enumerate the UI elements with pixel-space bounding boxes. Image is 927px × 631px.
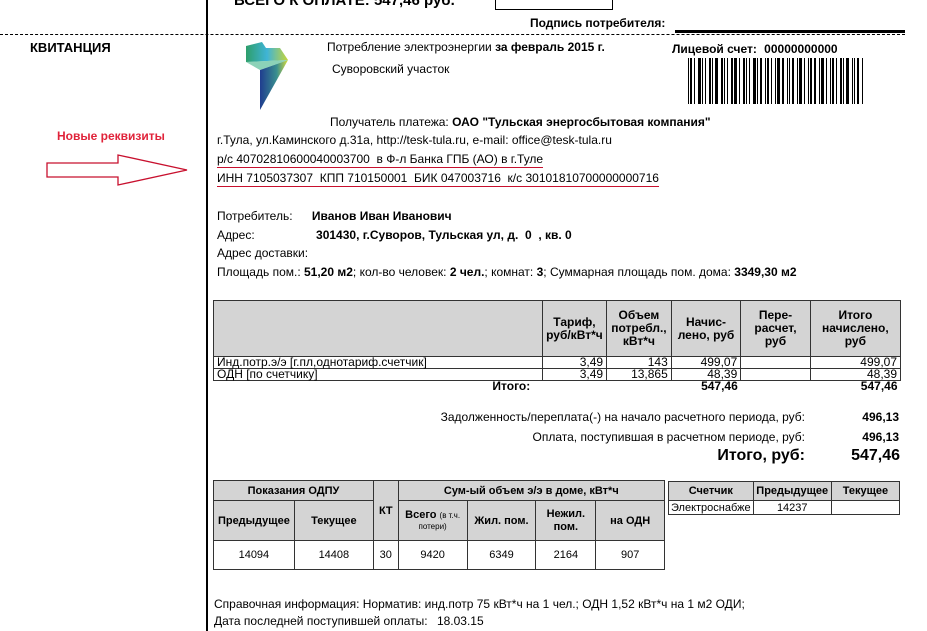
col-charged: Начис-лено, руб (671, 301, 740, 357)
signature-label: Подпись потребителя: (530, 16, 665, 30)
area-row: Площадь пом.: 51,20 м2; кол-во человек: … (217, 265, 797, 279)
recalc-cell (741, 369, 810, 381)
total-due-text: ВСЕГО К ОПЛАТЕ: 547,46 руб. (234, 0, 455, 9)
meter-curr-header: Текущее (831, 482, 899, 501)
account-number-row: Лицевой счет: 00000000000 (672, 42, 838, 56)
last-payment-label: Дата последней поступившей оплаты: (214, 614, 428, 628)
barcode (688, 58, 898, 104)
meter-row: Электроснабже 14237 (669, 501, 900, 515)
tesk-logo-icon (240, 40, 290, 112)
odpu-group-header: Показания ОДПУ (214, 481, 374, 501)
recipient-ids: ИНН 7105037307 КПП 710150001 БИК 0470037… (217, 171, 659, 185)
consumption-period: Потребление электроэнергии за февраль 20… (327, 40, 605, 54)
meter-prev: 14237 (753, 501, 831, 515)
total-row: Итого: 547,46 547,46 (214, 381, 901, 393)
area-value: 51,20 м2 (304, 265, 353, 279)
odpu-table: Показания ОДПУ КТ Сум-ый объем э/э в дом… (213, 480, 665, 570)
odpu-curr-header: Текущее (294, 501, 373, 541)
nonresidential-header: Нежил. пом. (536, 501, 596, 541)
period: за февраль 2015 г. (495, 40, 605, 54)
col-tariff: Тариф, руб/кВт*ч (542, 301, 606, 357)
receipt-label: КВИТАНЦИЯ (30, 40, 111, 55)
last-payment-row: Дата последней поступившей оплаты: 18.03… (214, 614, 484, 628)
people-label: ; кол-во человек: (353, 265, 450, 279)
odpu-row: 14094 14408 30 9420 6349 2164 907 (214, 541, 665, 570)
debt-value: 496,13 (862, 410, 899, 424)
bank-line: р/с 40702810600040003700 в Ф-л Банка ГПБ… (217, 152, 543, 168)
odpu-curr: 14408 (294, 541, 373, 570)
district: Суворовский участок (332, 62, 449, 76)
meter-name: Электроснабже (669, 501, 754, 515)
recipient-name: ОАО "Тульская энергосбытовая компания" (452, 115, 710, 129)
total-charged: 547,46 (671, 381, 740, 393)
total-sum: 547,46 (810, 381, 900, 393)
last-payment-date: 18.03.15 (437, 614, 484, 628)
summary-total-value: 547,46 (851, 447, 900, 465)
paid-label: Оплата, поступившая в расчетном периоде,… (533, 430, 805, 444)
delivery-address-label: Адрес доставки: (217, 246, 308, 260)
odpu-prev: 14094 (214, 541, 295, 570)
odpu-prev-header: Предыдущее (214, 501, 295, 541)
debt-label: Задолженность/переплата(-) на начало рас… (441, 410, 805, 424)
consumption-prefix: Потребление электроэнергии (327, 40, 495, 54)
paid-value: 496,13 (862, 430, 899, 444)
total-label: Итого: (214, 381, 543, 393)
charges-table: Тариф, руб/кВт*ч Объем потребл., кВт*ч Н… (213, 300, 901, 392)
col-total: Итого начислено, руб (810, 301, 900, 357)
signature-line (675, 30, 905, 33)
account-label: Лицевой счет: (672, 42, 757, 56)
ids-line: ИНН 7105037307 КПП 710150001 БИК 0470037… (217, 171, 659, 187)
total-header: Всего (в т.ч. потери) (398, 501, 467, 541)
volume-cell: 13,865 (607, 369, 672, 381)
recalc-cell (741, 357, 810, 369)
recipient-label: Получатель платежа: (330, 115, 452, 129)
cut-line (0, 34, 905, 35)
right-arrow-icon (45, 153, 190, 187)
odn-value: 907 (596, 541, 665, 570)
kt-value: 30 (373, 541, 398, 570)
col-recalc: Пере-расчет, руб (741, 301, 810, 357)
nonresidential-value: 2164 (536, 541, 596, 570)
meter-prev-header: Предыдущее (753, 482, 831, 501)
residential-header: Жил. пом. (467, 501, 536, 541)
reference-info: Справочная информация: Норматив: инд.пот… (214, 597, 745, 611)
people-value: 2 чел. (450, 265, 485, 279)
consumer-address-label: Адрес: (217, 228, 255, 242)
consumer-name-label: Потребитель: (217, 209, 293, 223)
total-value: 9420 (398, 541, 467, 570)
meter-curr (831, 501, 899, 515)
rooms-label: ; комнат: (484, 265, 536, 279)
odn-header: на ОДН (596, 501, 665, 541)
account-number: 00000000000 (764, 42, 837, 56)
tariff-cell: 3,49 (542, 369, 606, 381)
recipient-bank: р/с 40702810600040003700 в Ф-л Банка ГПБ… (217, 152, 543, 166)
col-service (214, 301, 543, 357)
stamp-box (495, 0, 613, 10)
vertical-divider (206, 0, 208, 631)
consumer-address: 301430, г.Суворов, Тульская ул, д. 0 , к… (316, 228, 572, 242)
meter-header: Счетчик (669, 482, 754, 501)
kt-header: КТ (373, 481, 398, 541)
total-area-label: ; Суммарная площадь пом. дома: (543, 265, 734, 279)
consumer-name-row: Потребитель: Иванов Иван Иванович (217, 209, 452, 223)
volume-group-header: Сум-ый объем э/э в доме, кВт*ч (398, 481, 664, 501)
residential-value: 6349 (467, 541, 536, 570)
recipient-address: г.Тула, ул.Каминского д.31а, http://tesk… (217, 133, 612, 147)
total-area-value: 3349,30 м2 (734, 265, 796, 279)
table-row: ОДН [по счетчику] 3,49 13,865 48,39 48,3… (214, 369, 901, 381)
meter-table: Счетчик Предыдущее Текущее Электроснабже… (668, 481, 900, 515)
recipient-row: Получатель платежа: ОАО "Тульская энерго… (330, 115, 711, 129)
summary-total-label: Итого, руб: (717, 447, 805, 465)
col-volume: Объем потребл., кВт*ч (607, 301, 672, 357)
consumer-address-row: Адрес: 301430, г.Суворов, Тульская ул, д… (217, 228, 572, 242)
new-details-label: Новые реквизиты (57, 129, 165, 143)
consumer-name: Иванов Иван Иванович (312, 209, 452, 223)
area-label: Площадь пом.: (217, 265, 304, 279)
total-header-label: Всего (405, 509, 436, 521)
